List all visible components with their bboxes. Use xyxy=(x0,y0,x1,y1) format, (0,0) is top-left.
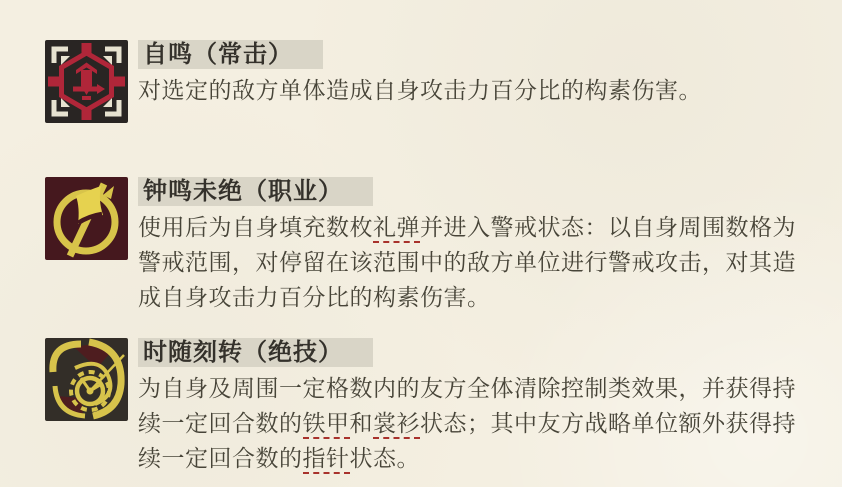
sword-sigil-icon xyxy=(45,40,128,123)
skill-description: 为自身及周围一定格数内的友方全体清除控制类效果，并获得持续一定回合数的铁甲和裳衫… xyxy=(138,372,806,477)
skill-title: 自鸣（常击） xyxy=(138,40,323,69)
skill-title: 钟鸣未绝（职业） xyxy=(138,177,373,206)
description-text: 对选定的敌方单体造成自身攻击力百分比的构素伤害。 xyxy=(138,78,702,104)
flag-ring-icon xyxy=(45,177,128,260)
skill-description-panel: 自鸣（常击） 对选定的敌方单体造成自身攻击力百分比的构素伤害。 钟鸣未绝（职业）… xyxy=(0,0,842,487)
keyword-term: 裳衫 xyxy=(373,411,420,439)
description-text: 和 xyxy=(350,411,374,437)
keyword-term: 礼弹 xyxy=(373,215,420,243)
skill-title: 时随刻转（绝技） xyxy=(138,338,373,367)
clock-swirl-icon xyxy=(45,338,128,421)
description-text: 状态。 xyxy=(350,446,421,472)
skill-description: 对选定的敌方单体造成自身攻击力百分比的构素伤害。 xyxy=(138,74,806,109)
description-text: 使用后为自身填充数枚 xyxy=(138,215,373,241)
keyword-term: 指针 xyxy=(303,446,350,474)
skill-description: 使用后为自身填充数枚礼弹并进入警戒状态：以自身周围数格为警戒范围，对停留在该范围… xyxy=(138,211,806,316)
keyword-term: 铁甲 xyxy=(303,411,350,439)
